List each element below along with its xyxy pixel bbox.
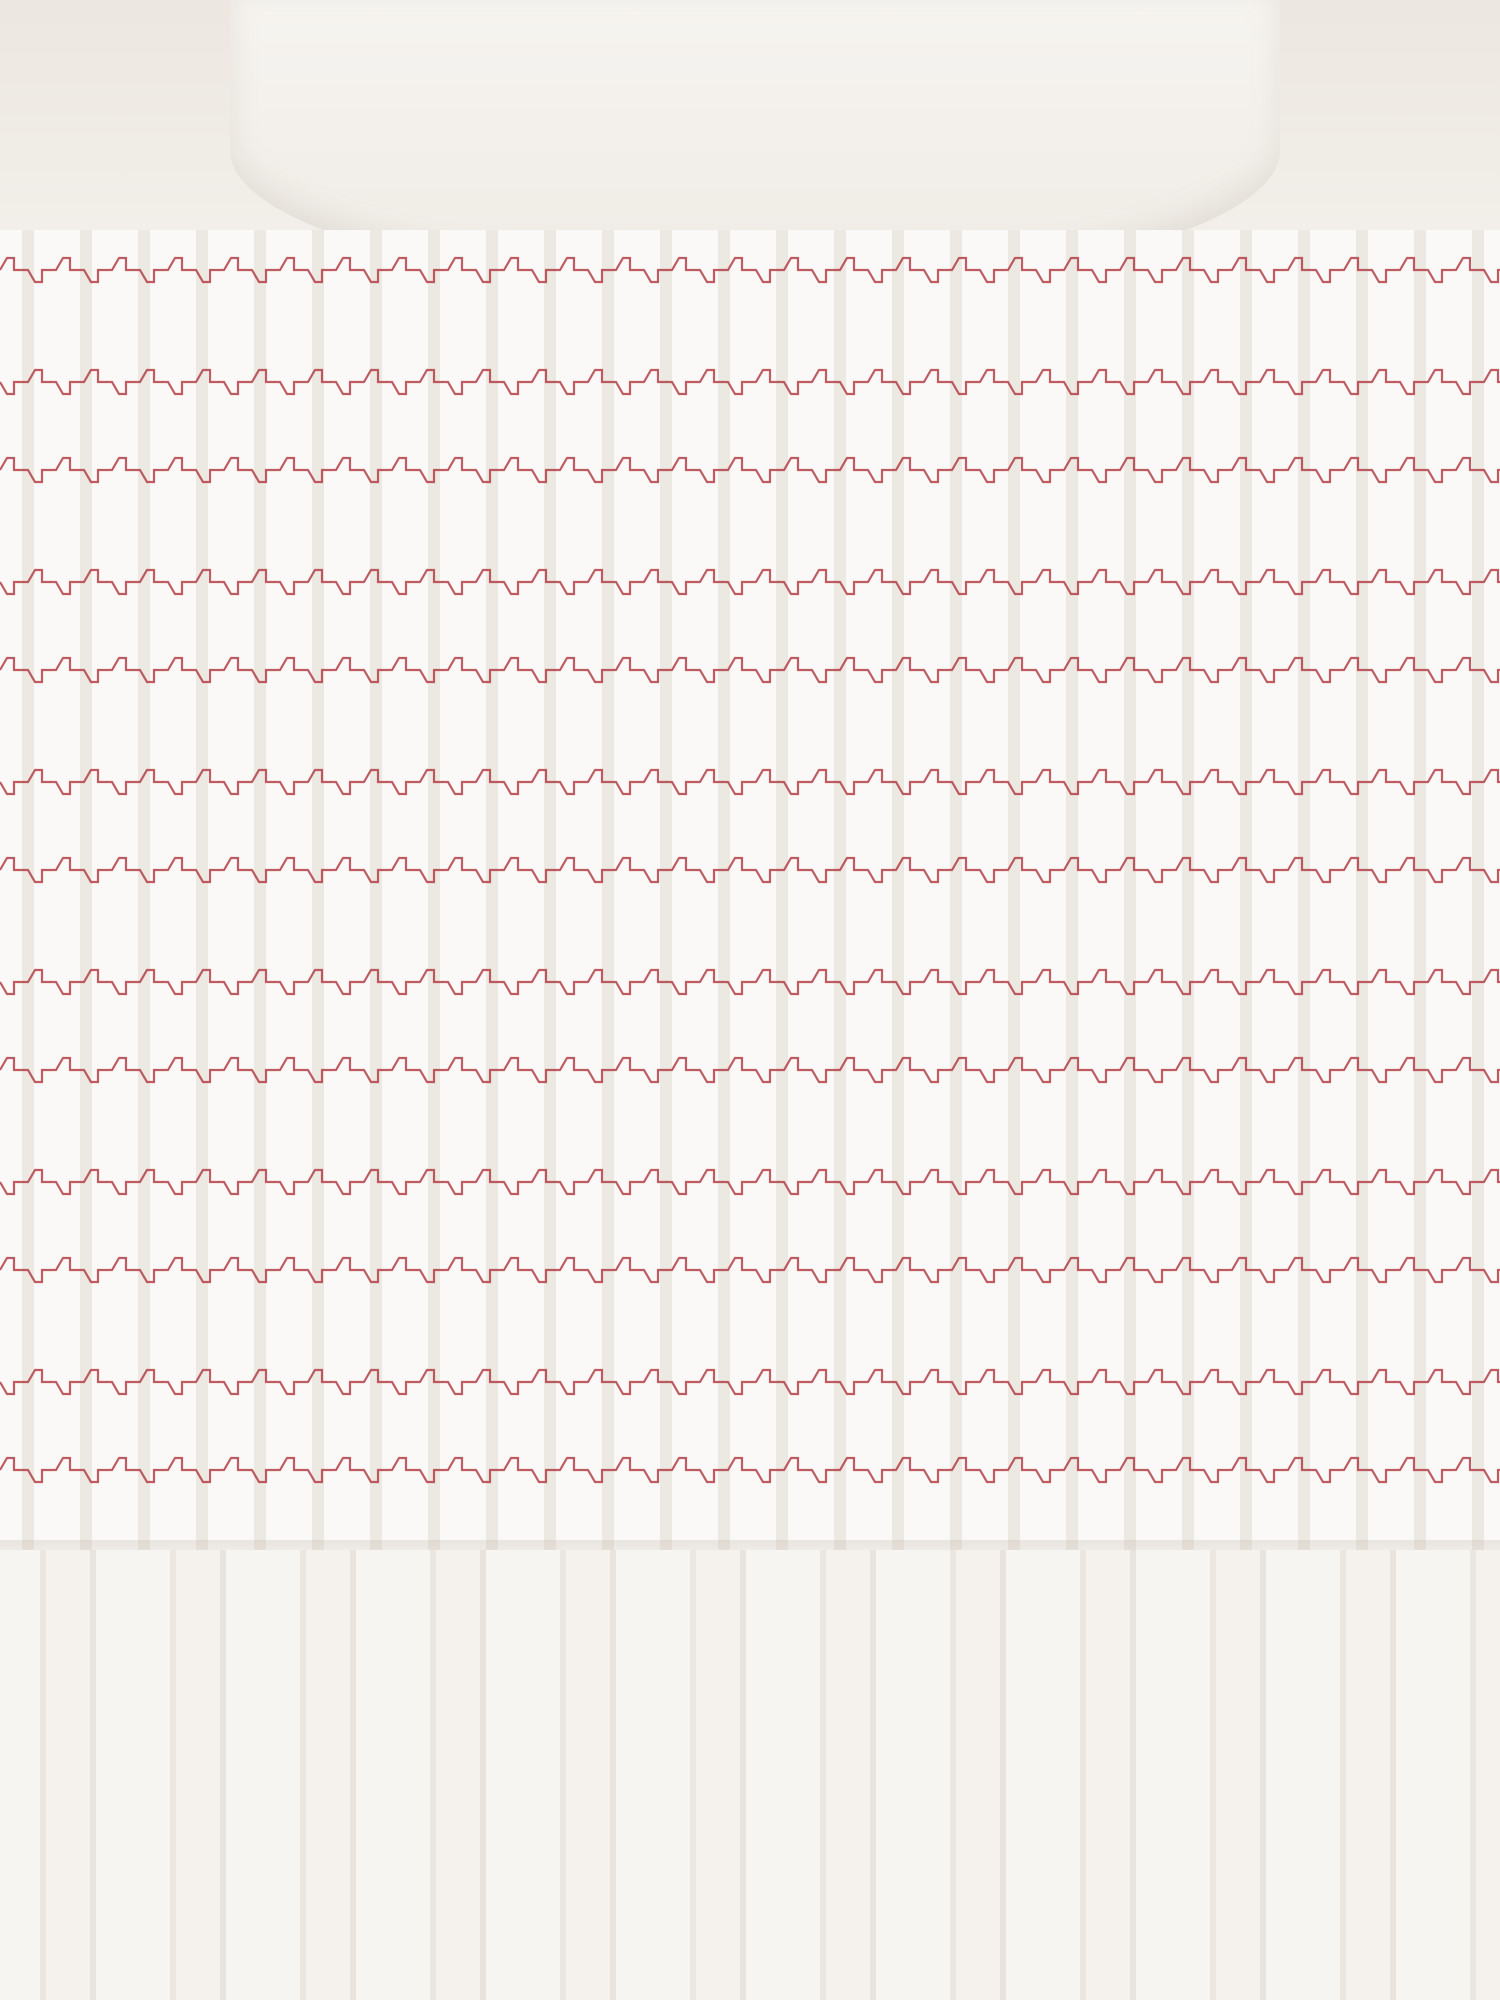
stitch-row xyxy=(0,1050,1500,1090)
gathered-skirt xyxy=(0,1550,1500,2000)
stitch-row xyxy=(0,362,1500,402)
stitch-row xyxy=(0,1250,1500,1290)
stitch-row xyxy=(0,762,1500,802)
stitch-row xyxy=(0,1450,1500,1490)
stitch-row xyxy=(0,850,1500,890)
stitch-row xyxy=(0,450,1500,490)
stitch-row xyxy=(0,1362,1500,1402)
smocked-bodice xyxy=(0,230,1500,1550)
stitch-row xyxy=(0,962,1500,1002)
stitch-row xyxy=(0,650,1500,690)
fabric-photo xyxy=(0,0,1500,2000)
stitch-row xyxy=(0,1162,1500,1202)
stitch-row xyxy=(0,562,1500,602)
stitch-row xyxy=(0,250,1500,290)
